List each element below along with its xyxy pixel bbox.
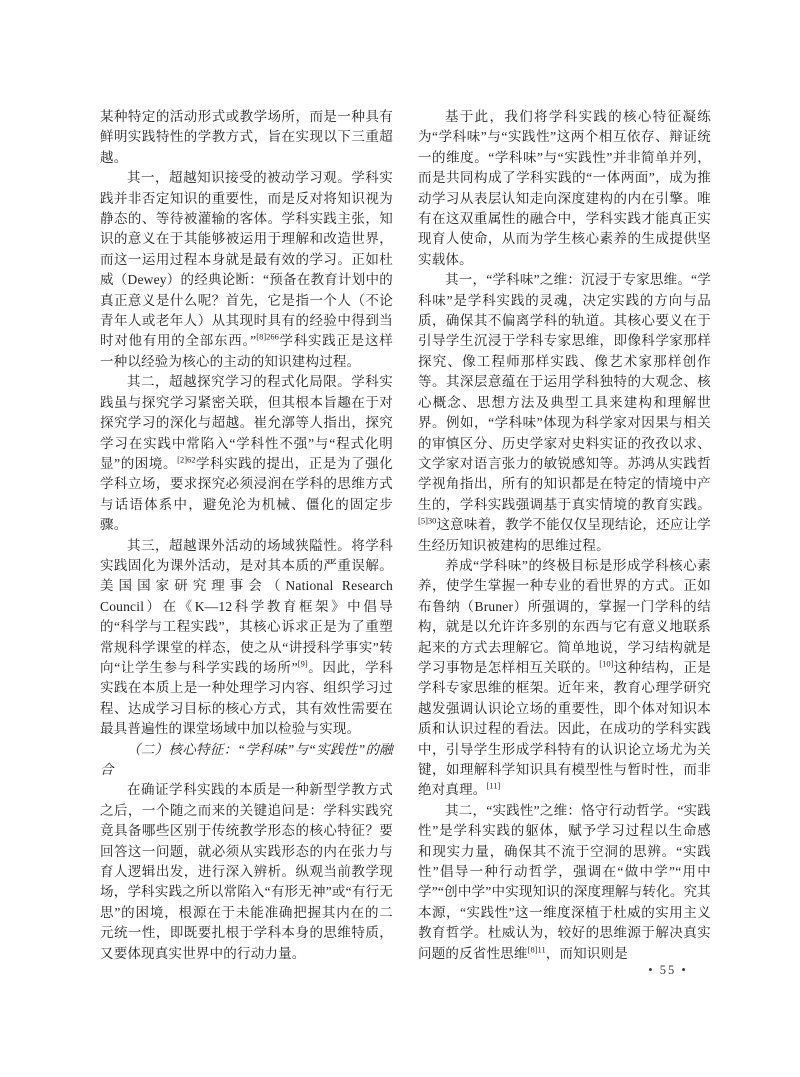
- paragraph: 养成“学科味”的终极目标是形成学科核心素养，使学生掌握一种专业的看世界的方式。正…: [418, 556, 711, 801]
- paragraph: 其二，“实践性”之维：恪守行动哲学。“实践性”是学科实践的躯体，赋予学习过程以生…: [418, 801, 711, 964]
- paragraph: 某种特定的活动形式或教学场所，而是一种具有鲜明实践特性的学教方式，旨在实现以下三…: [100, 107, 393, 168]
- citation-ref: [10]: [599, 658, 613, 668]
- page-container: 某种特定的活动形式或教学场所，而是一种具有鲜明实践特性的学教方式，旨在实现以下三…: [0, 0, 800, 1077]
- citation-ref: [8]11: [528, 944, 546, 954]
- citation-ref: [11]: [487, 781, 501, 791]
- paragraph: 其二，超越探究学习的程式化局限。学科实践虽与探究学习紧密关联，但其根本旨趣在于对…: [100, 372, 393, 535]
- paragraph: 其三，超越课外活动的场域狭隘性。将学科实践固化为课外活动，是对其本质的严重误解。…: [100, 536, 393, 740]
- citation-ref: [2]62: [177, 454, 195, 464]
- paragraph: 其一，超越知识接受的被动学习观。学科实践并非否定知识的重要性，而是反对将知识视为…: [100, 168, 393, 372]
- paragraph: 基于此，我们将学科实践的核心特征凝练为“学科味”与“实践性”这两个相互依存、辩证…: [418, 107, 711, 270]
- section-heading: （二）核心特征：“学科味”与“实践性”的融合: [100, 740, 393, 781]
- paragraph: 其一，“学科味”之维：沉浸于专家思维。“学科味”是学科实践的灵魂，决定实践的方向…: [418, 270, 711, 556]
- citation-ref: [8]266: [256, 332, 279, 342]
- text-column-left: 某种特定的活动形式或教学场所，而是一种具有鲜明实践特性的学教方式，旨在实现以下三…: [100, 107, 393, 964]
- paragraph: 在确证学科实践的本质是一种新型学教方式之后，一个随之而来的关键追问是：学科实践究…: [100, 780, 393, 964]
- citation-ref: [5]30: [418, 516, 436, 526]
- page-number: • 55 •: [618, 963, 718, 978]
- citation-ref: [9]: [298, 658, 308, 668]
- text-column-right: 基于此，我们将学科实践的核心特征凝练为“学科味”与“实践性”这两个相互依存、辩证…: [418, 107, 711, 964]
